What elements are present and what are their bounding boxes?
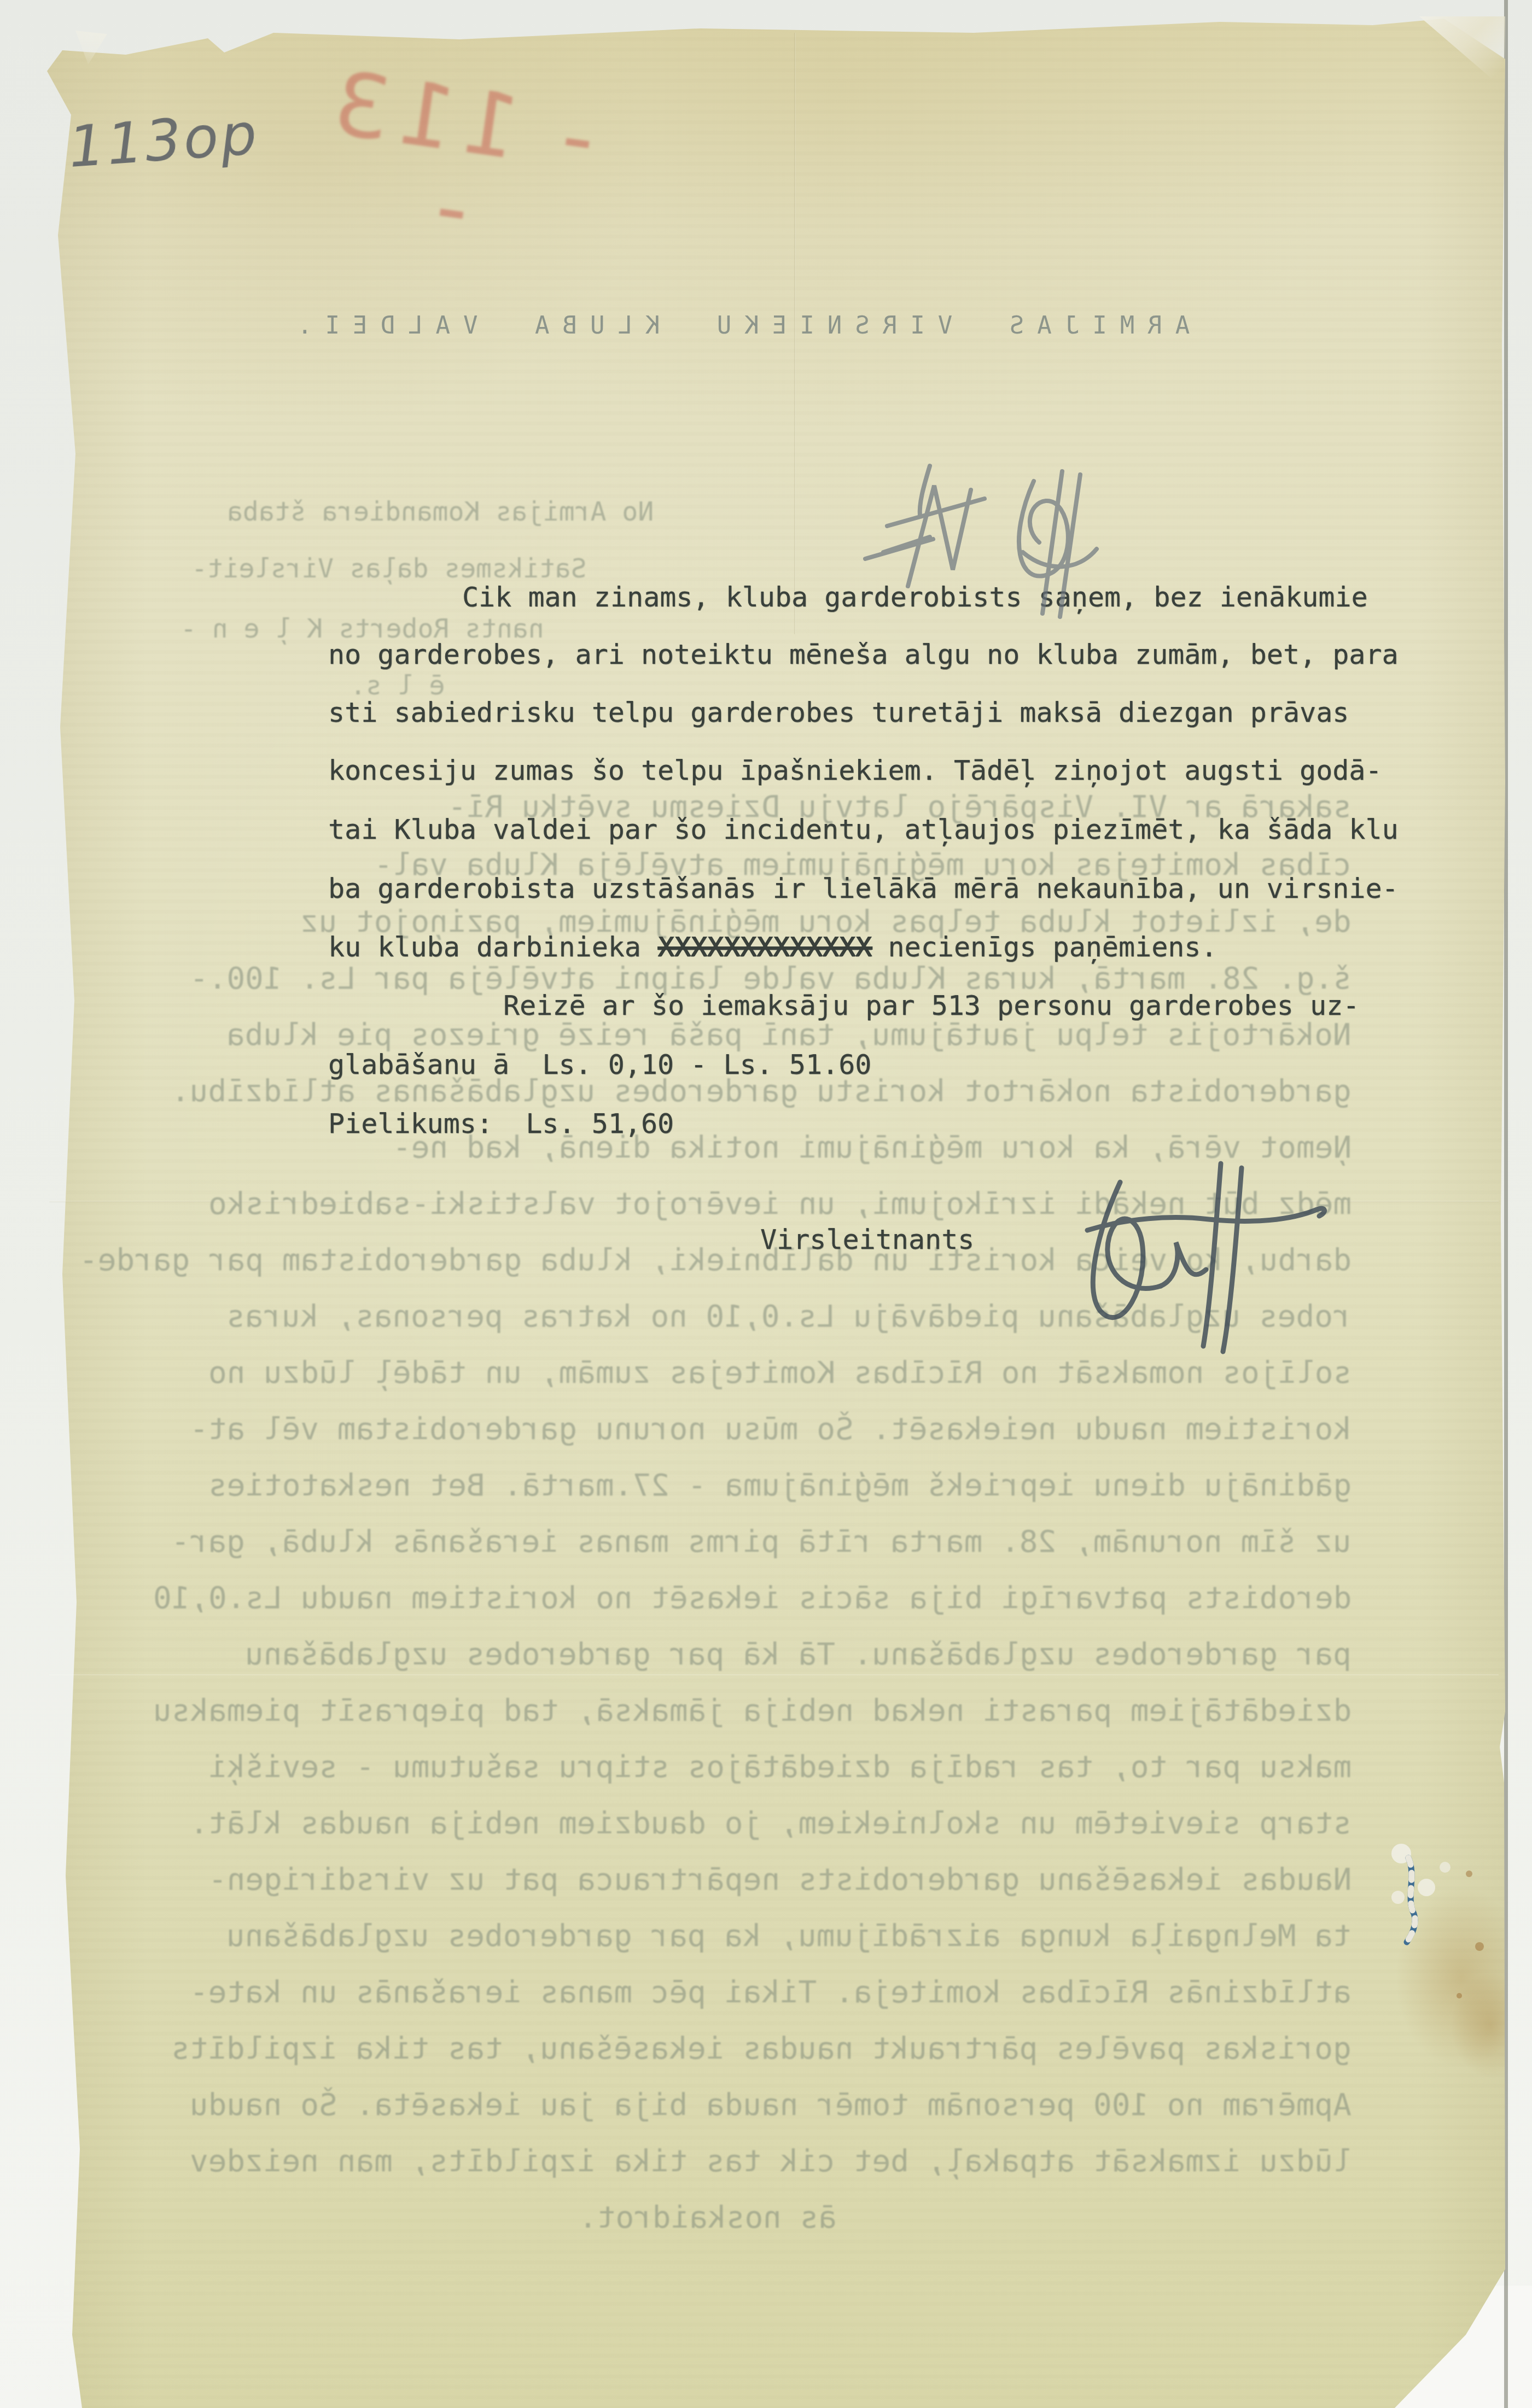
ink-signature <box>1087 1164 1325 1352</box>
scanned-document-page: { "document": { "kind": "scanned aged ty… <box>0 0 1532 2408</box>
rust-specks <box>1457 1871 1484 1998</box>
paper-damage-spots <box>1391 1844 1451 1904</box>
thread-fragment <box>1407 1858 1415 1942</box>
handwriting-overlay <box>0 0 1532 2408</box>
pencil-scribble-mark <box>865 466 1097 617</box>
